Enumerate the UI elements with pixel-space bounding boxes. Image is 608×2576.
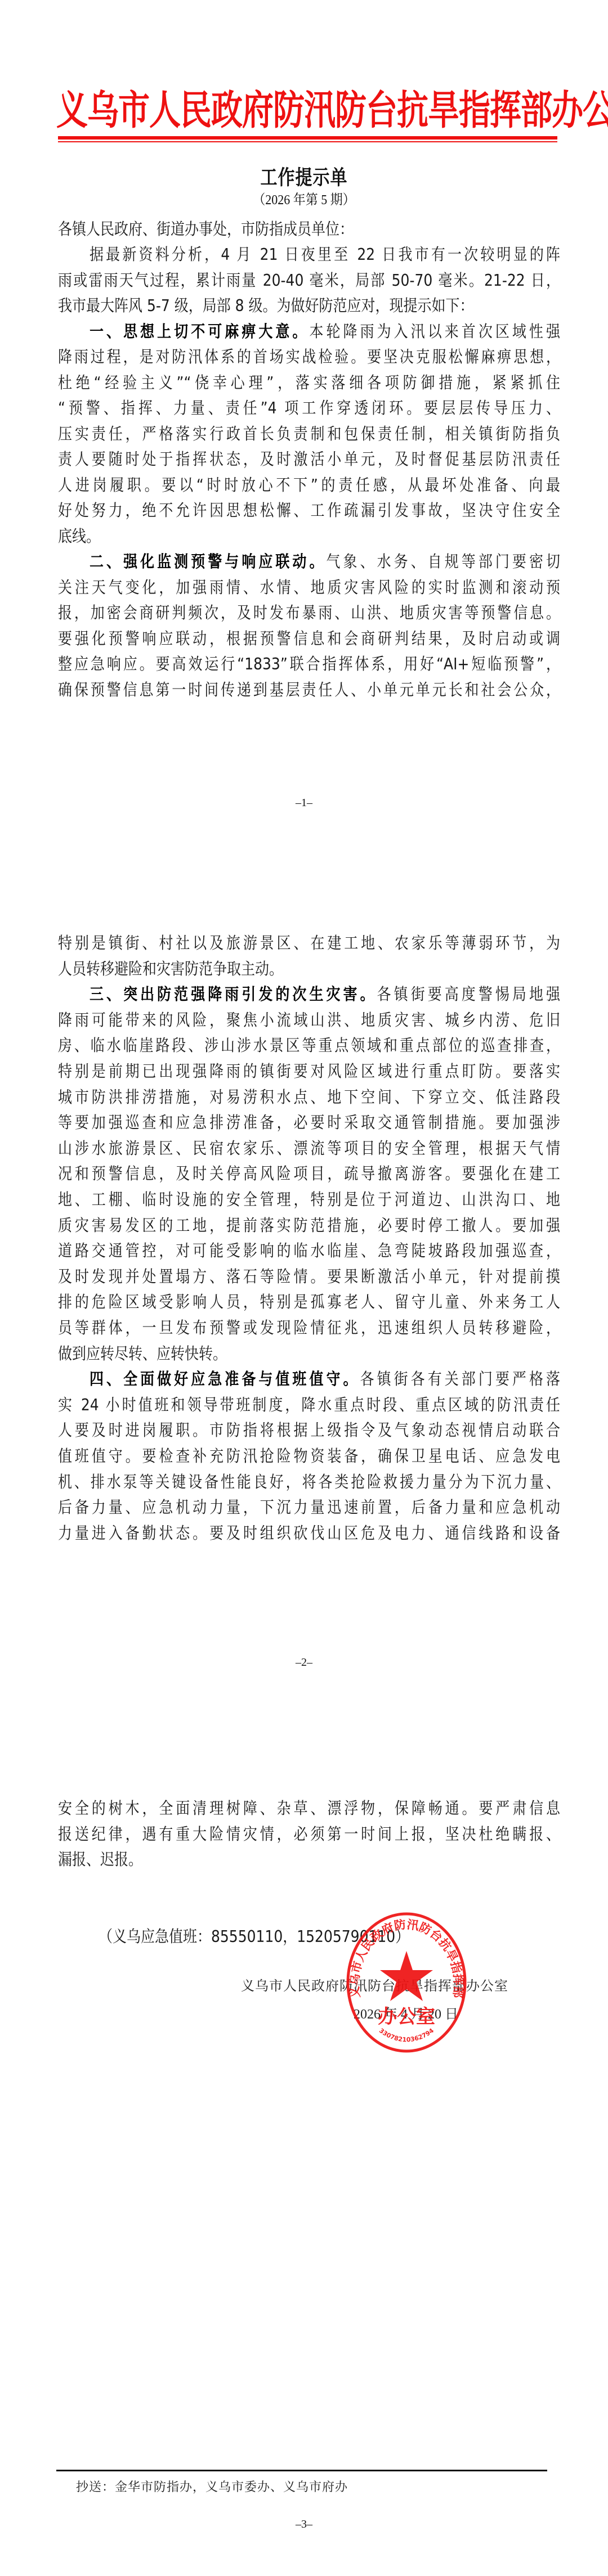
body-text: 据最新资料分析，4 月 21 日夜里至 22 日我市有一次较明显的阵 [90,245,560,264]
seal-center-text: 办公室 [378,2006,435,2028]
body-text-line: 我市最大阵风 5-7 级，局部 8 级。为做好防范应对，现提示如下： [58,291,560,321]
section-heading: 二、强化监测预警与响应联动。 [90,552,327,571]
body-text: “预警、指挥、力量、责任”4 项工作穿透闭环。要层层传导压力、 [58,399,560,417]
body-text: 气象、水务、自规等部门要密切 [327,552,560,571]
body-text-line: 地、工棚、临时设施的安全管理，特别是位于河道边、山洪沟口、地 [58,1185,560,1215]
red-header-rule [58,136,557,140]
body-text: 排的危险区域受影响人员，特别是孤寡老人、留守儿童、外来务工人 [58,1293,560,1311]
body-text: 房、临水临崖路段、涉山涉水景区等重点领域和重点部位的巡查排查， [58,1036,560,1055]
body-text-line: 安全的树木，全面清理树障、杂草、漂浮物，保障畅通。要严肃信息 [58,1794,560,1824]
body-text-line: 降雨过程，是对防汛体系的首场实战检验。要坚决克服松懈麻痹思想， [58,343,560,372]
body-text: 降雨过程，是对防汛体系的首场实战检验。要坚决克服松懈麻痹思想， [58,348,560,366]
body-text: 值班值守。要检查补充防汛抢险物资装备，确保卫星电话、应急发电 [58,1447,560,1465]
body-text: 城市防洪排涝措施，对易涝积水点、地下空间、下穿立交、低洼路段 [58,1087,560,1106]
body-text: 各镇街要高度警惕局地强 [377,985,560,1004]
body-text-line: 值班值守。要检查补充防汛抢险物资装备，确保卫星电话、应急发电 [58,1442,560,1472]
red-header-rule-thin [58,141,557,142]
body-text: 人进岗履职。要以“时时放心不下”的责任感，从最坏处准备、向最 [58,475,560,494]
body-text: 我市最大阵风 5-7 级，局部 8 级。为做好防范应对，现提示如下： [58,296,474,315]
document-title: 工作提示单 [0,161,608,191]
body-text: 各镇街各有关部门要严格落 [360,1370,560,1388]
body-text-line: 责人要随时处于指挥状态，及时激活小单元，及时督促基层防汛责任 [58,445,560,475]
body-text: 好处努力，绝不允许因思想松懈、工作疏漏引发事故，坚决守住安全 [58,501,560,520]
body-text: 确保预警信息第一时间传递到基层责任人、小单元单元长和社会公众， [58,680,560,699]
body-text: 整应急响应。要高效运行“1833”联合指挥体系，用好“AI+短临预警”， [58,655,560,673]
body-text: 及时发现并处置塌方、落石等险情。要果断激活小单元，针对提前摸 [58,1267,560,1286]
body-text-line: 特别是镇街、村社以及旅游景区、在建工地、农家乐等薄弱环节，为 [58,929,560,959]
body-text: 特别是镇街、村社以及旅游景区、在建工地、农家乐等薄弱环节，为 [58,934,560,952]
body-text: 压实责任，严格落实行政首长负责制和包保责任制，相关镇街防指负 [58,424,560,443]
body-text-line: 力量进入备勤状态。要及时组织砍伐山区危及电力、通信线路和设备 [58,1518,560,1548]
body-text: 底线。 [58,527,100,545]
official-seal-stamp: 义乌市人民政府防汛防台抗旱指挥部 办公室 3307821036279​4 [345,1912,468,2053]
body-text: 要强化预警响应联动，根据预警信息和会商研判结果，及时启动或调 [58,629,560,648]
body-text-line: 特别是前期已出现强降雨的镇街要对风险区域进行重点盯防。要落实 [58,1057,560,1087]
body-text: 实 24 小时值班和领导带班制度，降水重点时段、重点区域的防汛责任 [58,1396,560,1414]
page-number-1: –1– [0,797,608,810]
section-heading-line: 二、强化监测预警与响应联动。气象、水务、自规等部门要密切 [90,547,560,577]
body-text: 安全的树木，全面清理树障、杂草、漂浮物，保障畅通。要严肃信息 [58,1799,560,1818]
seal-code: 3307821036279​4 [378,2027,435,2044]
page-number-3: –3– [0,2518,608,2531]
document-issue-number: （2026 年第 5 期） [0,189,608,208]
body-text: 雨或雷雨天气过程，累计雨量 20-40 毫米，局部 50-70 毫米。21-22… [58,271,560,289]
body-text: 做到应转尽转、应转快转。 [58,1344,227,1363]
body-text-line: “预警、指挥、力量、责任”4 项工作穿透闭环。要层层传导压力、 [58,394,560,424]
page-number-2: –2– [0,1656,608,1669]
body-text-line: 好处努力，绝不允许因思想松懈、工作疏漏引发事故，坚决守住安全 [58,496,560,526]
body-text-line: 确保预警信息第一时间传递到基层责任人、小单元单元长和社会公众， [58,675,560,705]
body-text: 特别是前期已出现强降雨的镇街要对风险区域进行重点盯防。要落实 [58,1062,560,1081]
body-text: 漏报、迟报。 [58,1850,142,1869]
body-text-line: 员等群体，一旦发布预警或发现险情征兆，迅速组织人员转移避险， [58,1314,560,1343]
body-text: 降雨可能带来的风险，聚焦小流域山洪、地质灾害、城乡内涝、危旧 [58,1011,560,1029]
body-text: 后备力量、应急机动力量，下沉力量迅速前置，后备力量和应急机动 [58,1498,560,1517]
body-text: 山涉水旅游景区、民宿农家乐、漂流等项目的安全管理，根据天气情 [58,1139,560,1158]
section-heading: 一、思想上切不可麻痹大意。 [90,322,309,340]
star-icon [380,1951,433,2001]
section-heading: 四、全面做好应急准备与值班值守。 [90,1370,360,1388]
body-text-line: 报，加密会商研判频次，及时发布暴雨、山洪、地质灾害等预警信息。 [58,599,560,628]
body-text: 人员转移避险和灾害防范争取主动。 [58,959,283,978]
body-text: 报送纪律，遇有重大险情灾情，必须第一时间上报，坚决杜绝瞒报、 [58,1824,560,1843]
body-text: 杜绝“经验主义”“侥幸心理”，落实落细各项防御措施，紧紧抓住 [58,373,560,392]
cc-recipients: 抄送：金华市防指办，义乌市委办、义乌市府办 [76,2478,348,2495]
body-text-line: 漏报、迟报。 [58,1845,560,1875]
body-text: 责人要随时处于指挥状态，及时激活小单元，及时督促基层防汛责任 [58,450,560,469]
body-text: 人要及时进岗履职。市防指将根据上级指令及气象动态视情启动联合 [58,1421,560,1440]
body-text: 力量进入备勤状态。要及时组织砍伐山区危及电力、通信线路和设备 [58,1524,560,1543]
body-text: 质灾害易发区的工地，提前落实防范措施，必要时停工撤人。要加强 [58,1216,560,1234]
body-text: 等要加强巡查和应急排涝准备，必要时采取交通管制措施。要加强涉 [58,1113,560,1132]
body-text: 报，加密会商研判频次，及时发布暴雨、山洪、地质灾害等预警信息。 [58,604,560,622]
cc-divider [56,2470,547,2471]
section-heading: 三、突出防范强降雨引发的次生灾害。 [90,985,377,1004]
body-text: 机、排水泵等关键设备性能良好，将各类抢险救援力量分为下沉力量、 [58,1472,560,1491]
issuing-org-title: 义乌市人民政府防汛防台抗旱指挥部办公室 [56,77,558,143]
body-text: 本轮降雨为入汛以来首次区域性强 [309,322,560,340]
body-text-line: 整应急响应。要高效运行“1833”联合指挥体系，用好“AI+短临预警”， [58,650,560,680]
body-text: 关注天气变化，加强雨情、水情、地质灾害风险的实时监测和滚动预 [58,578,560,596]
body-text: 道路交通管控，对可能受影响的临水临崖、急弯陡坡路段加强巡查， [58,1242,560,1260]
body-text: 员等群体，一旦发布预警或发现险情征兆，迅速组织人员转移避险， [58,1319,560,1337]
body-text-line: 据最新资料分析，4 月 21 日夜里至 22 日我市有一次较明显的阵 [90,240,560,270]
body-text: 地、工棚、临时设施的安全管理，特别是位于河道边、山洪沟口、地 [58,1190,560,1209]
body-text: 况和预警信息，及时关停高风险项目，疏导撤离游客。要强化在建工 [58,1165,560,1183]
